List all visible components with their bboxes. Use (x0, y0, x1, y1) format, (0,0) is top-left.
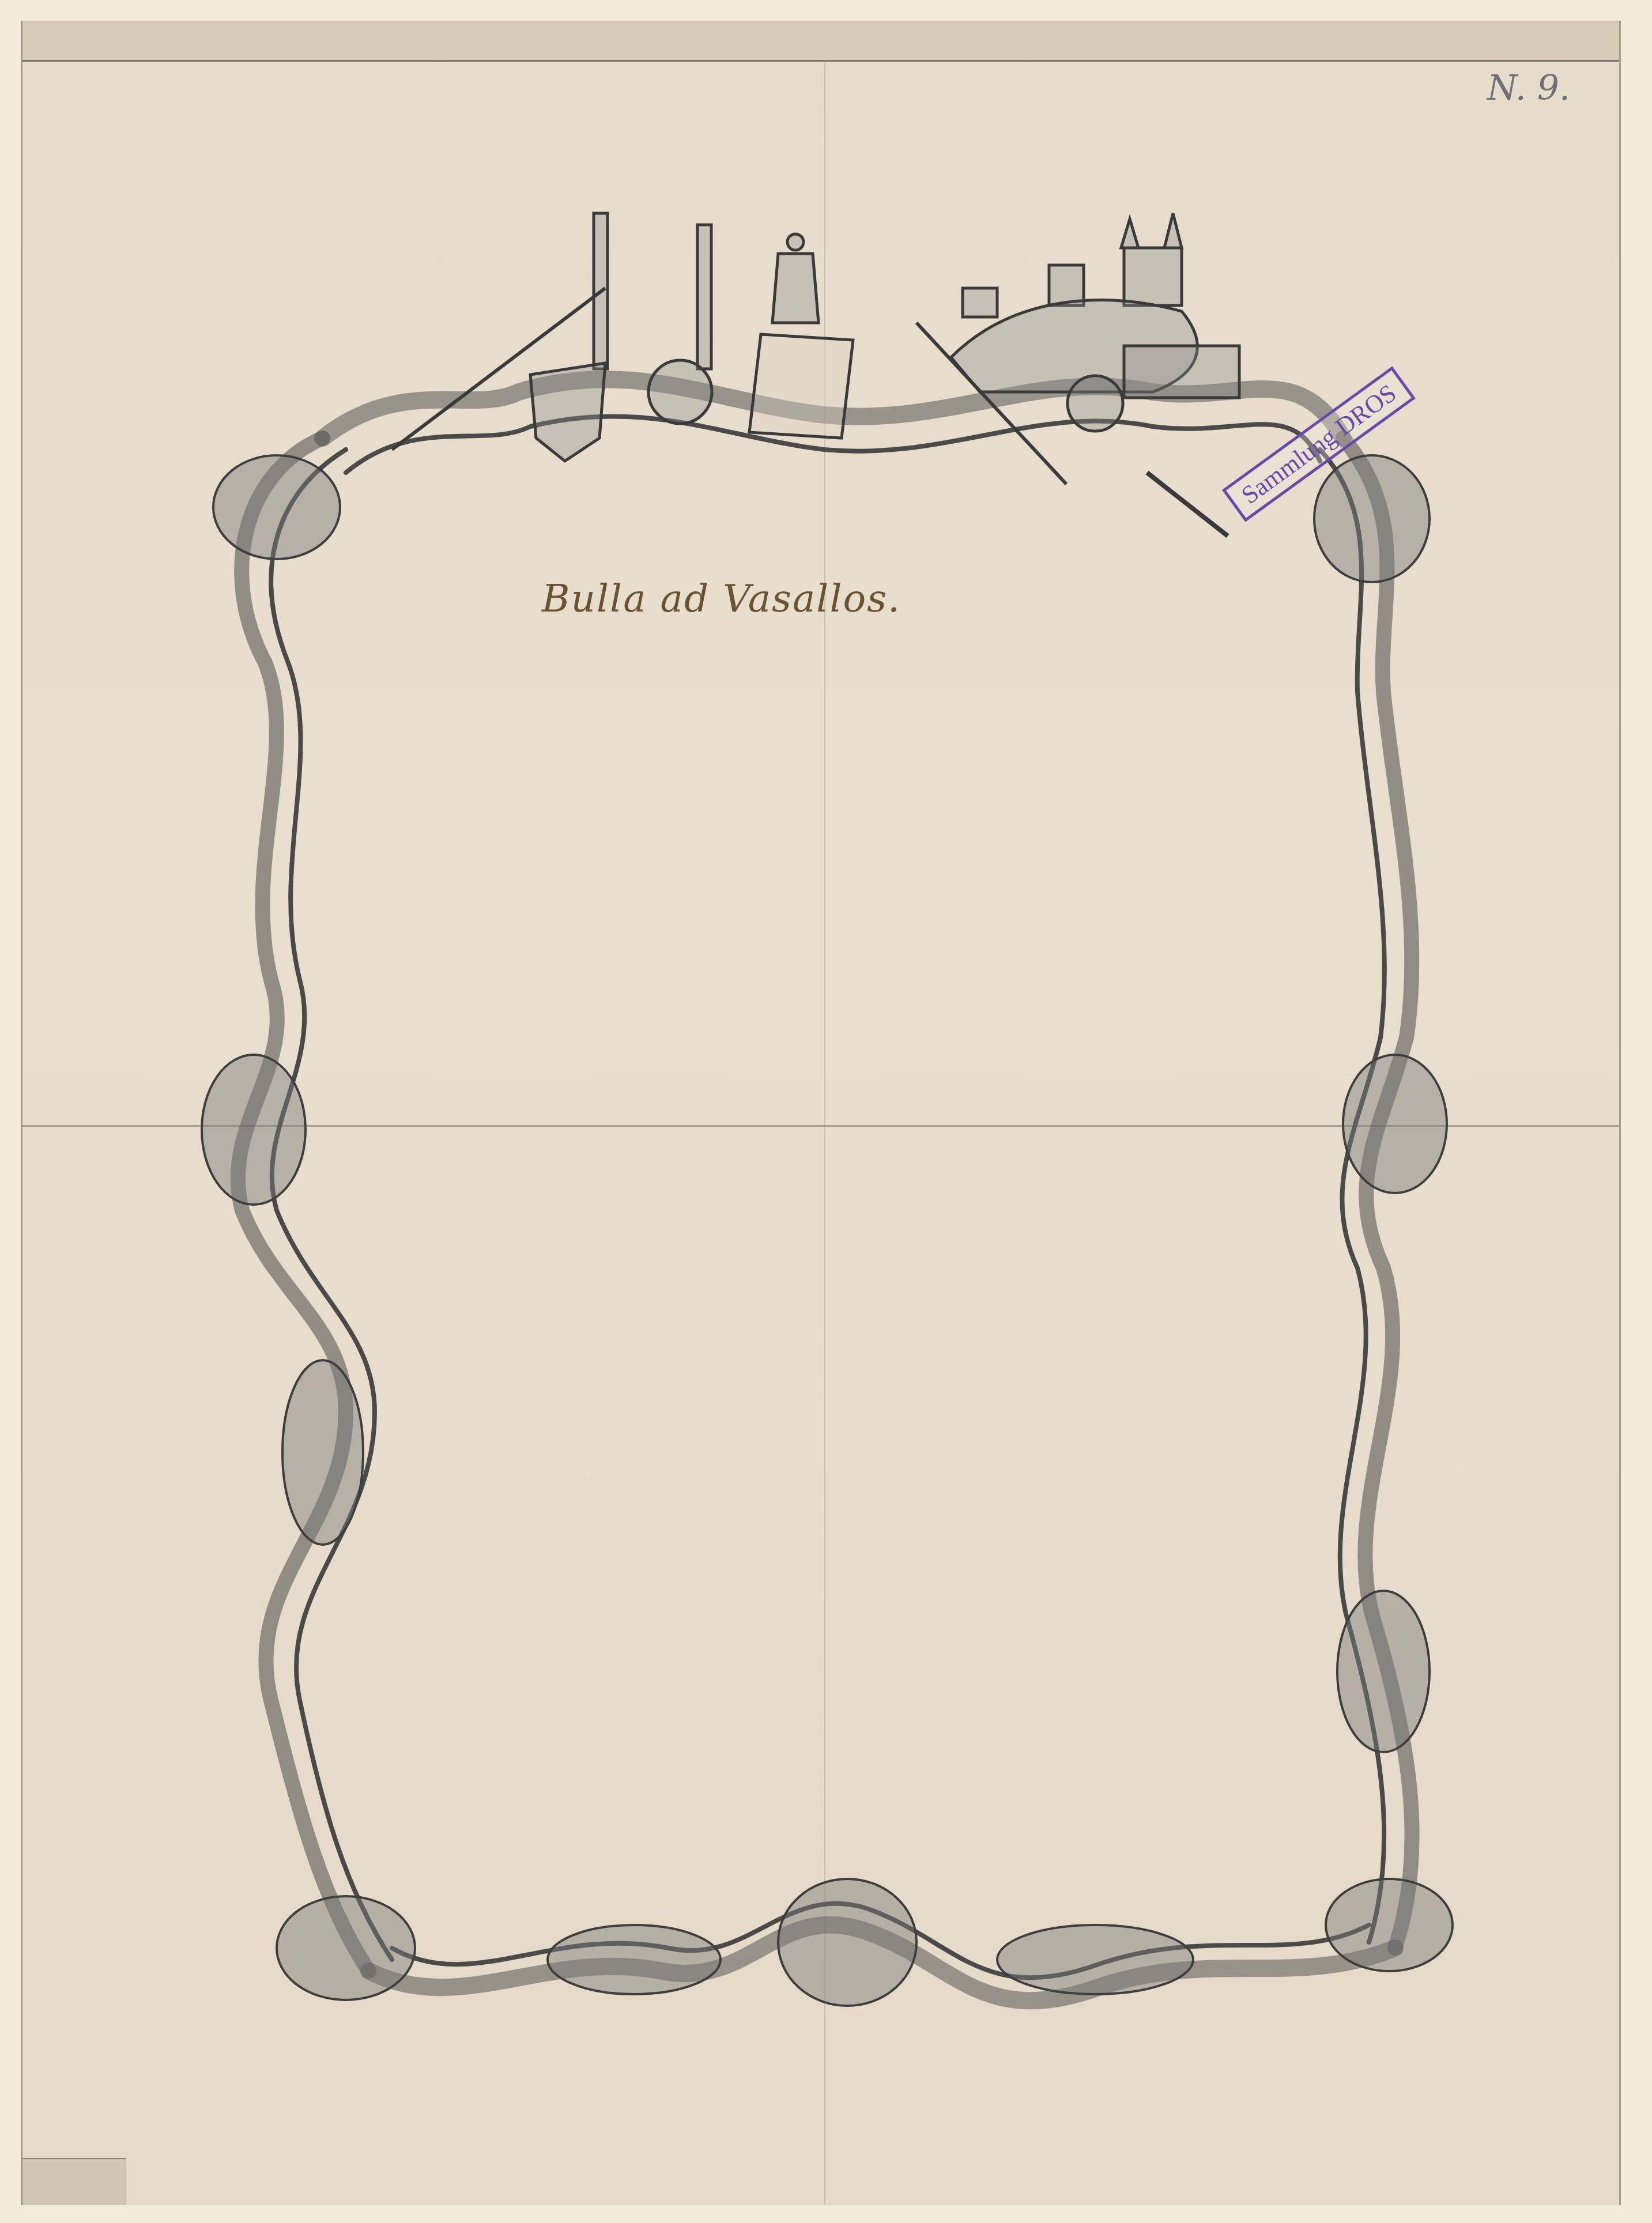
shell-cartouche (778, 1879, 916, 2006)
title-inscription: Bulla ad Vasallos. (542, 576, 901, 621)
castle-icon (1121, 213, 1182, 305)
keys-icon (1147, 473, 1228, 536)
coronet-icon (1068, 376, 1123, 431)
helmet-icon (648, 360, 712, 424)
crown-chest (1124, 346, 1239, 398)
shield-icon (530, 363, 605, 461)
sheet-number: N. 9. (1487, 68, 1570, 108)
rococo-frame-drawing (0, 0, 1652, 2223)
papal-tiara-icon (772, 254, 819, 323)
leaf-cluster (213, 455, 340, 559)
scroll-document-icon (749, 334, 853, 438)
